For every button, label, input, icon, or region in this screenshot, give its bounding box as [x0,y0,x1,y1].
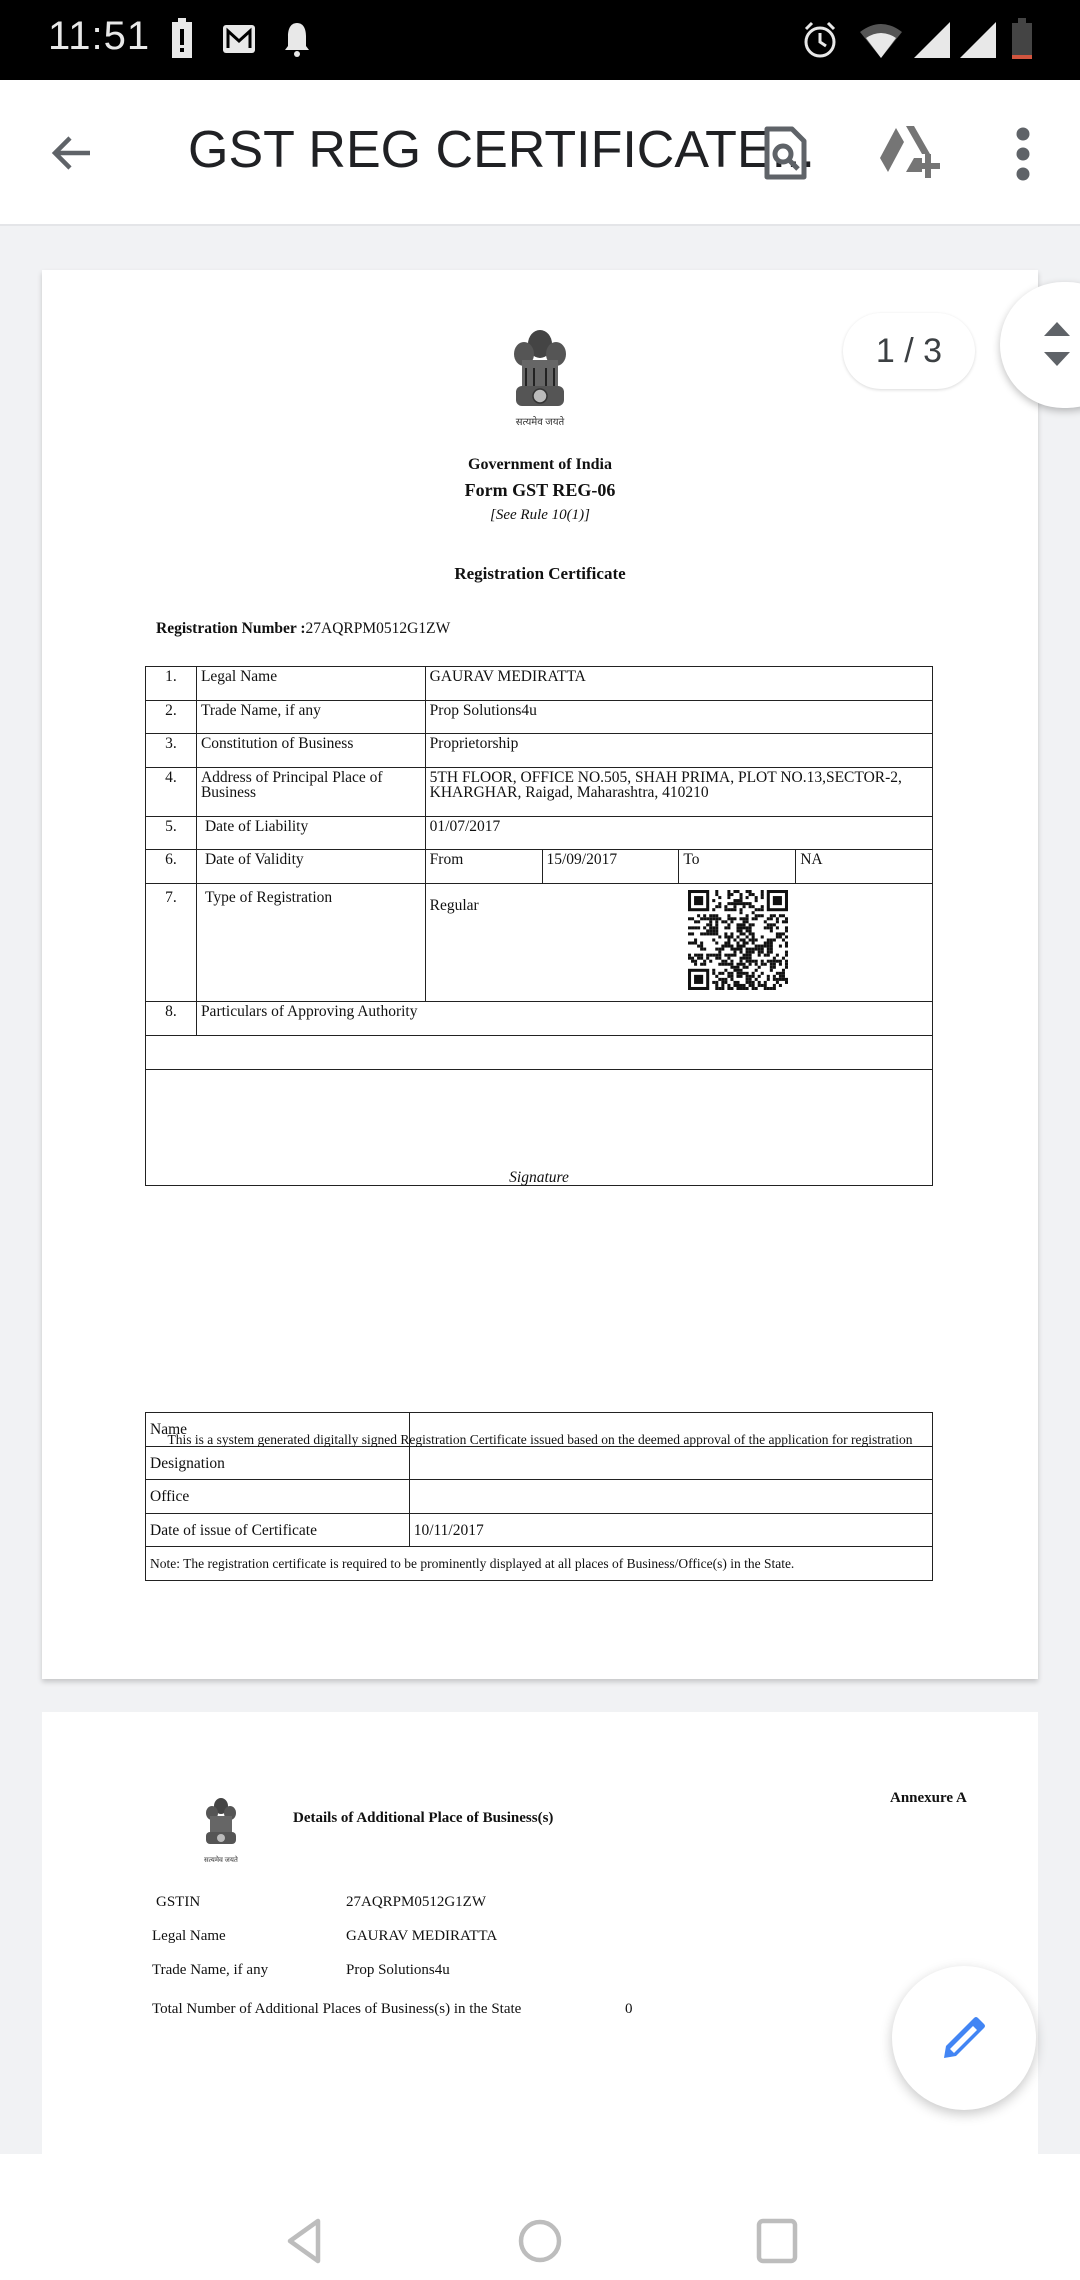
validity-from-label: From [425,850,542,884]
app-bar: GST REG CERTIFICATE... [0,80,1080,226]
signature-label: Signature [146,1070,933,1186]
status-bar: 11:51 [0,0,1080,80]
row-number: 1. [146,667,197,701]
registration-number-value: 27AQRPM0512G1ZW [306,620,451,637]
table-row [146,1036,933,1070]
table-row: 5. Date of Liability 01/07/2017 [146,817,933,850]
registration-number-label: Registration Number : [156,620,306,637]
system-nav-bar [0,2154,1080,2280]
row-label: Constitution of Business [196,734,425,768]
registration-type-cell: Regular [425,884,932,1002]
row-label: Date of Liability [196,817,425,850]
trade-name-label: Trade Name, if any [152,1962,268,1979]
gmail-icon [222,24,256,54]
notification-bell-icon [282,20,312,58]
trade-name-value: Prop Solutions4u [425,701,932,734]
table-row: Date of issue of Certificate10/11/2017 [146,1514,933,1547]
trade-name-value: Prop Solutions4u [346,1962,450,1979]
arrow-down-icon [1042,350,1072,368]
system-generated-footer: This is a system generated digitally sig… [42,1432,1038,1448]
ashoka-emblem-icon [508,326,572,412]
nav-home-icon[interactable] [517,2218,563,2264]
table-row: 1. Legal Name GAURAV MEDIRATTA [146,667,933,701]
arrow-back-icon[interactable] [48,130,94,176]
table-row: 3. Constitution of Business Proprietorsh… [146,734,933,768]
row-number: 5. [146,817,197,850]
table-row: 2. Trade Name, if any Prop Solutions4u [146,701,933,734]
wifi-icon [856,22,906,60]
row-number: 8. [146,1002,197,1036]
table-row: Note: The registration certificate is re… [146,1547,933,1581]
validity-to-label: To [679,850,796,884]
table-row: 4. Address of Principal Place of Busines… [146,768,933,817]
gstin-value: 27AQRPM0512G1ZW [346,1894,486,1911]
address-value: 5TH FLOOR, OFFICE NO.505, SHAH PRIMA, PL… [425,768,932,817]
registration-number: Registration Number :27AQRPM0512G1ZW [156,620,450,638]
alarm-icon [802,20,838,60]
row-number: 6. [146,850,197,884]
constitution-value: Proprietorship [425,734,932,768]
status-time: 11:51 [48,14,150,59]
legal-name-value: GAURAV MEDIRATTA [346,1928,497,1945]
row-label: Particulars of Approving Authority [196,1002,932,1036]
row-label: Date of Validity [196,850,425,884]
rule-reference: [See Rule 10(1)] [42,507,1038,524]
row-label: Trade Name, if any [196,701,425,734]
row-label: Type of Registration [196,884,425,1002]
total-places-label: Total Number of Additional Places of Bus… [152,2001,521,2018]
additional-places-heading: Details of Additional Place of Business(… [293,1810,553,1827]
authority-value [409,1480,932,1514]
government-heading: Government of India [42,456,1038,474]
find-in-page-icon[interactable] [762,124,808,182]
certificate-heading: Registration Certificate [42,564,1038,584]
emblem-motto: सत्यमेव जयते [204,1856,238,1865]
table-row: 6. Date of Validity From 15/09/2017 To N… [146,850,933,884]
authority-label: Office [146,1480,410,1514]
pdf-page-1: सत्यमेव जयते Government of India Form GS… [42,270,1038,1679]
table-row: 7. Type of Registration Regular [146,884,933,1002]
qr-code-icon [688,890,788,992]
table-row: 8. Particulars of Approving Authority [146,1002,933,1036]
emblem-motto: सत्यमेव जयते [42,414,1038,428]
nav-back-icon[interactable] [284,2218,324,2264]
row-number: 2. [146,701,197,734]
arrow-up-icon [1042,320,1072,338]
authority-label: Date of issue of Certificate [146,1514,410,1547]
page-counter: 1 / 3 [843,313,975,389]
battery-icon [1010,18,1034,60]
ashoka-emblem-icon [202,1796,240,1852]
form-title: Form GST REG-06 [42,480,1038,501]
table-row: Office [146,1480,933,1514]
table-row: Designation [146,1447,933,1480]
row-label: Address of Principal Place of Business [196,768,425,817]
pdf-page-2: सत्यमेव जयते Details of Additional Place… [42,1712,1038,2154]
annexure-label: Annexure A [890,1790,967,1807]
row-number: 7. [146,884,197,1002]
document-title: GST REG CERTIFICATE... [188,120,815,180]
gstin-label: GSTIN [156,1894,200,1911]
signal-icon [912,20,952,60]
signal-icon [958,20,998,60]
row-number: 3. [146,734,197,768]
row-number: 4. [146,768,197,817]
display-note: Note: The registration certificate is re… [146,1547,933,1581]
authority-value [409,1447,932,1480]
battery-alert-icon [170,18,194,60]
signature-row: Signature [146,1070,933,1186]
add-to-drive-icon[interactable] [880,124,942,180]
validity-to-value: NA [796,850,933,884]
authority-label: Designation [146,1447,410,1480]
edit-pencil-icon [940,2014,988,2062]
validity-from-value: 15/09/2017 [542,850,679,884]
registration-type-value: Regular [430,897,479,914]
issue-date-value: 10/11/2017 [409,1514,932,1547]
total-places-value: 0 [625,2001,633,2018]
legal-name-value: GAURAV MEDIRATTA [425,667,932,701]
edit-button[interactable] [892,1966,1036,2110]
pdf-viewer[interactable]: सत्यमेव जयते Government of India Form GS… [0,228,1080,2154]
row-label: Legal Name [196,667,425,701]
legal-name-label: Legal Name [152,1928,226,1945]
more-vert-icon[interactable] [1014,126,1032,182]
registration-details-table: 1. Legal Name GAURAV MEDIRATTA 2. Trade … [145,666,933,1186]
liability-date-value: 01/07/2017 [425,817,932,850]
nav-recents-icon[interactable] [756,2218,798,2264]
